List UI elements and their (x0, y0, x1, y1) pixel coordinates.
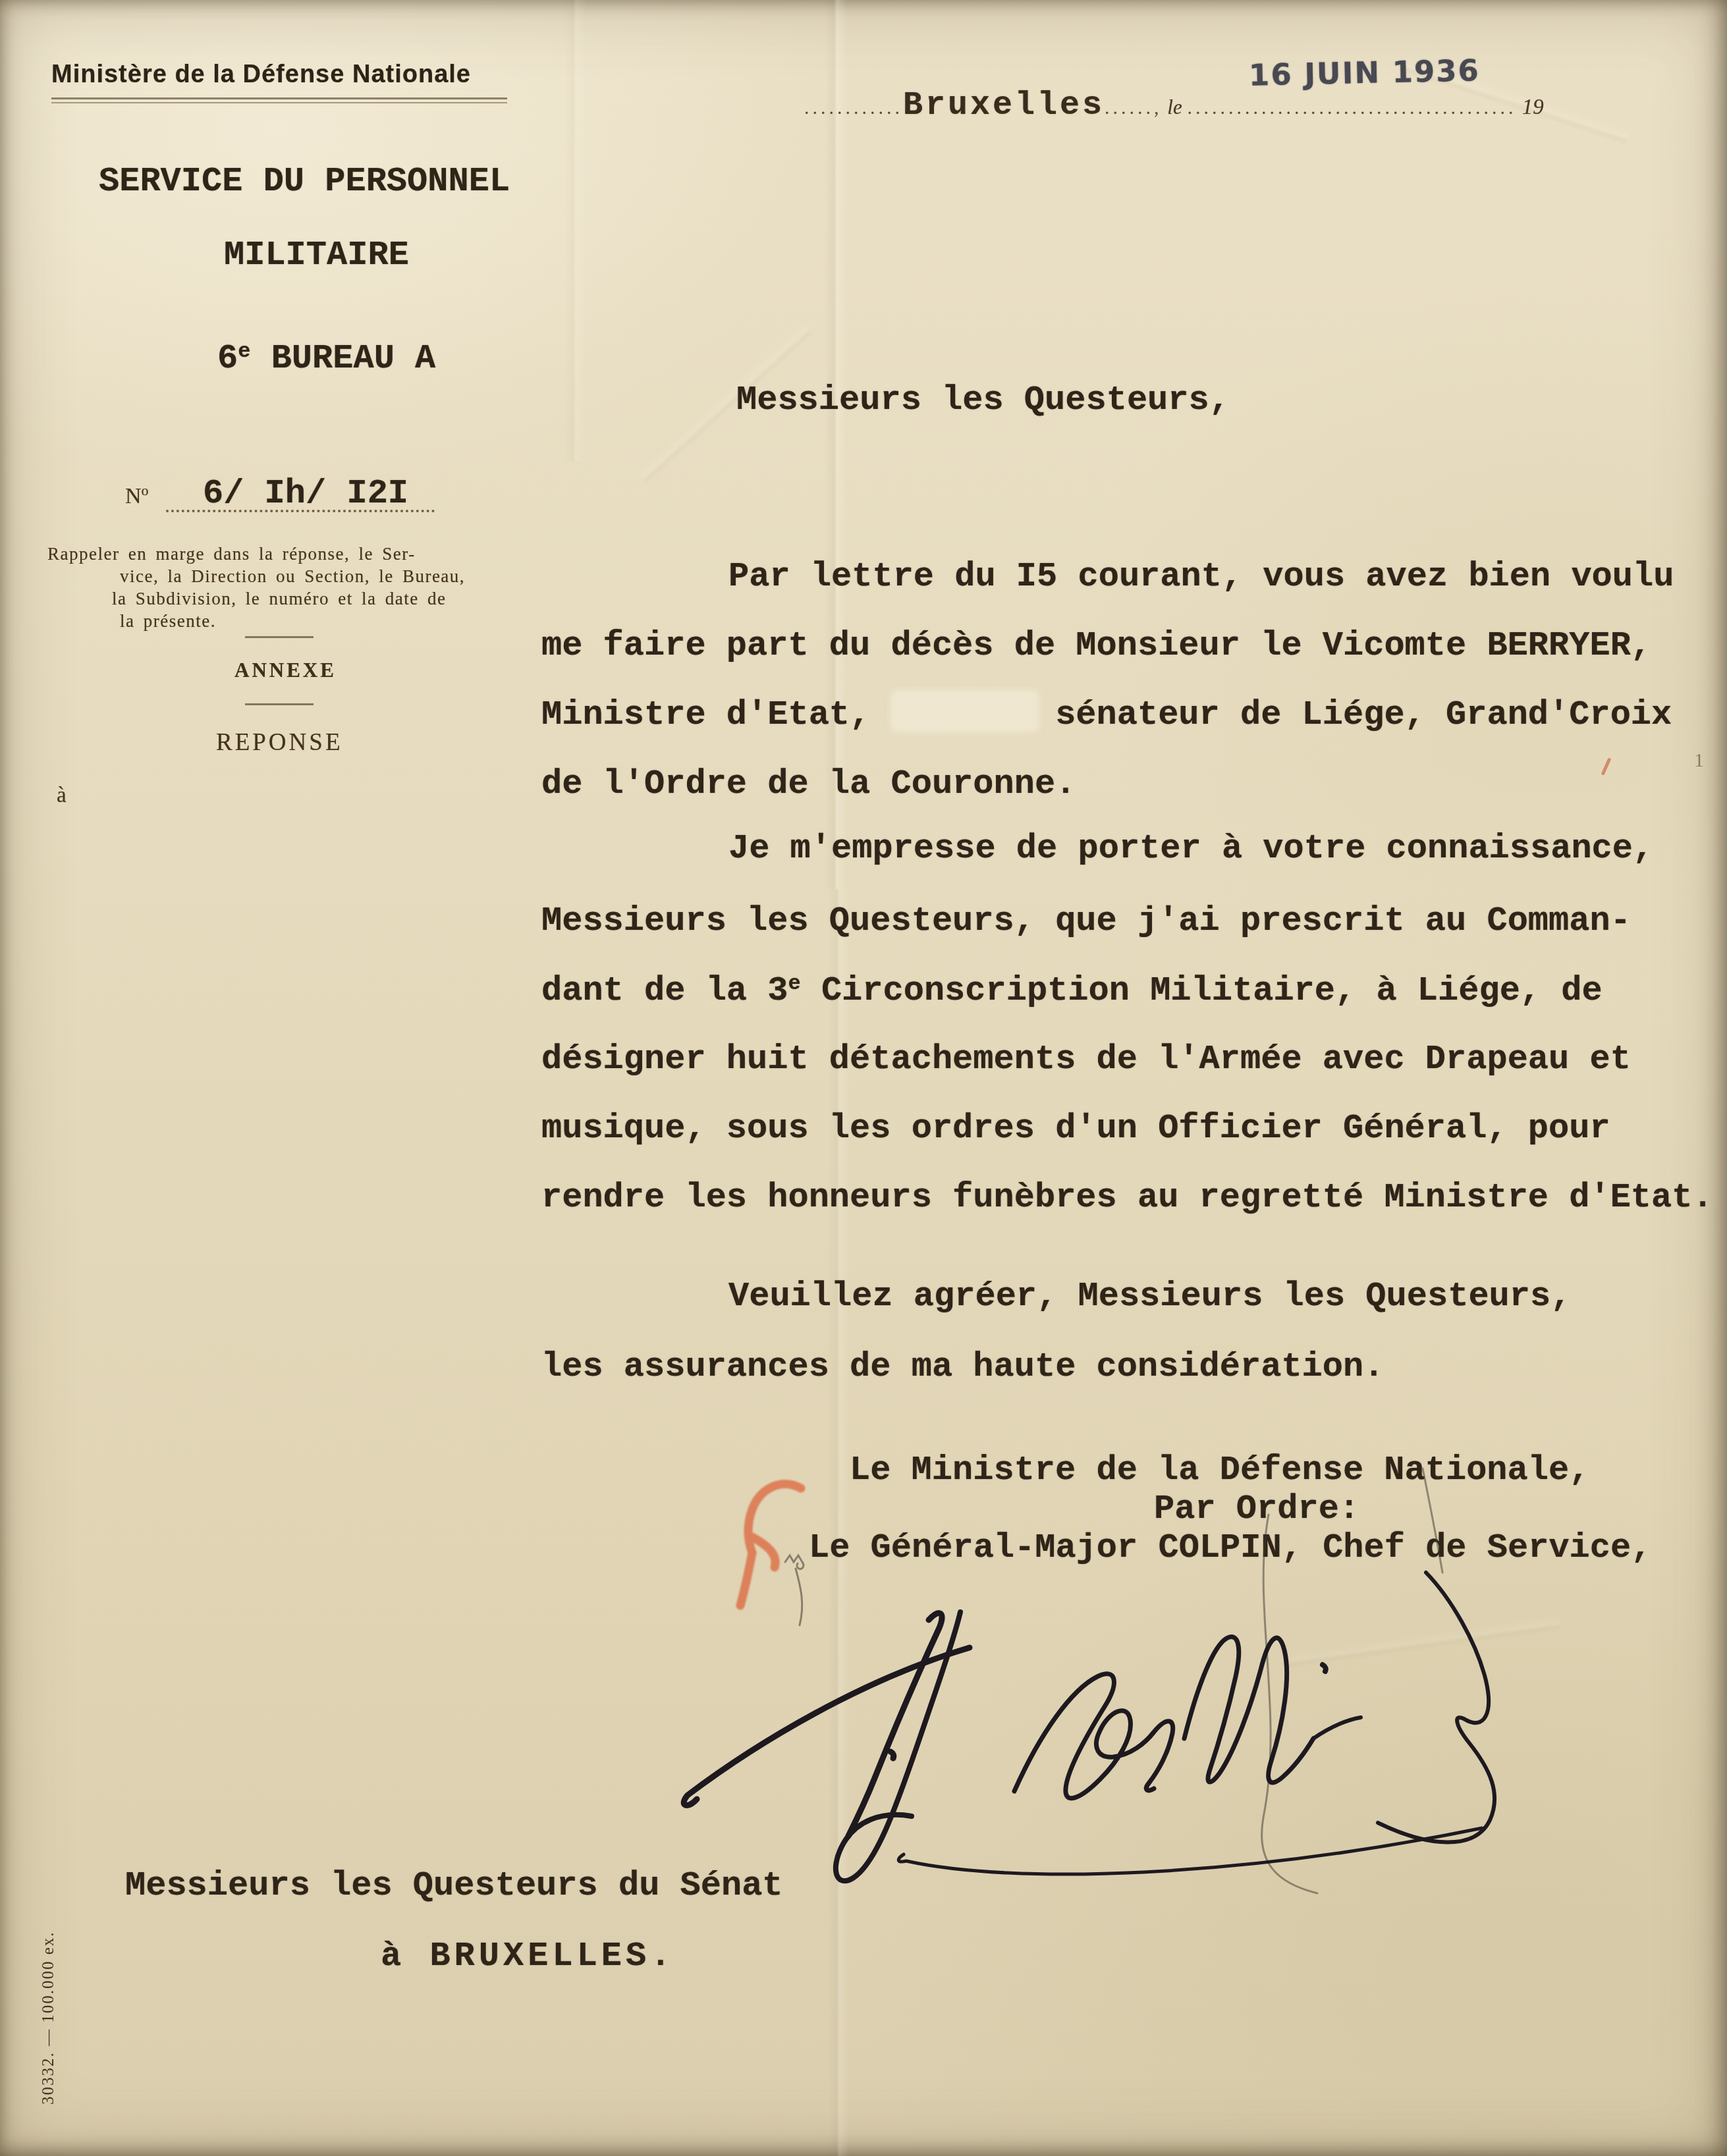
typed-line: Messieurs les Questeurs, que j'ai prescr… (541, 904, 1631, 938)
recipient-line: Messieurs les Questeurs du Sénat (125, 1869, 783, 1903)
reference-label: No (125, 482, 149, 509)
reference-value: 6/ Ih/ I2I (203, 477, 408, 511)
bureau-line: 6e BUREAU A (217, 341, 435, 376)
dateline-year-prefix: 19 (1516, 95, 1543, 119)
typed-line: les assurances de ma haute considération… (541, 1350, 1384, 1384)
reference-label-superscript: o (142, 482, 149, 499)
bureau-number: 6 (217, 339, 238, 378)
service-line-1: SERVICE DU PERSONNEL (99, 165, 510, 199)
scanned-letter: Ministère de la Défense Nationale SERVIC… (0, 0, 1727, 2156)
service-line-2: MILITAIRE (224, 238, 409, 273)
separator-rule (245, 636, 314, 638)
dateline-dots-right: ........................................ (1187, 97, 1516, 119)
bureau-rest: BUREAU A (250, 339, 435, 378)
dateline-city: Bruxelles (903, 87, 1105, 124)
paper-crease (564, 0, 586, 461)
typed-segment: dant de la 3 (541, 971, 788, 1010)
typed-line: Je m'empresse de porter à votre connaiss… (728, 832, 1653, 866)
typed-segment: Circonscription Militaire, à Liége, de (801, 971, 1603, 1010)
reference-row: No 6/ Ih/ I2I (125, 478, 441, 524)
dateline-le-label: le (1163, 95, 1188, 119)
paper-crease (827, 889, 850, 2156)
ministry-title: Ministère de la Défense Nationale (51, 61, 471, 89)
dateline-dots-left: ............ (804, 97, 903, 119)
reponse-label: REPONSE (216, 728, 343, 757)
letterhead-rule (51, 97, 507, 103)
separator-rule (245, 703, 314, 705)
dateline-dots-mid: ......, (1105, 97, 1163, 119)
typed-line: Veuillez agréer, Messieurs les Questeurs… (728, 1280, 1571, 1314)
margin-note-line: la Subdivision, le numéro et la date de (112, 589, 446, 609)
typed-line: désigner huit détachements de l'Armée av… (541, 1042, 1631, 1077)
closing-line: Le Ministre de la Défense Nationale, (850, 1453, 1589, 1488)
typed-line: rendre les honneurs funèbres au regretté… (541, 1181, 1713, 1215)
typed-line: dant de la 3e Circonscription Militaire,… (541, 973, 1603, 1008)
margin-note-line: la présente. (120, 611, 216, 632)
crayon-tick-mark (1601, 757, 1612, 776)
margin-note-line: Rappeler en marge dans la réponse, le Se… (47, 544, 416, 564)
typed-line: me faire part du décès de Monsieur le Vi… (541, 629, 1651, 663)
addressee-a-label: à (57, 784, 67, 808)
print-reference: 30332. — 100.000 ex. (40, 1931, 58, 2105)
typed-line: de l'Ordre de la Couronne. (541, 767, 1076, 801)
recipient-line: à BRUXELLES. (381, 1939, 674, 1974)
typed-superscript: e (788, 971, 800, 996)
typed-line: Ministre d'Etat, sénateur de Liége, Gran… (541, 698, 1672, 732)
annexe-label: ANNEXE (234, 659, 337, 682)
stray-digit: 1 (1694, 749, 1704, 772)
typed-line: Par lettre du I5 courant, vous avez bien… (728, 560, 1674, 594)
date-stamp: 16 JUIN 1936 (1248, 53, 1480, 92)
bureau-superscript: e (238, 339, 250, 364)
typed-line: musique, sous les ordres d'un Officier G… (541, 1112, 1610, 1146)
margin-note-line: vice, la Direction ou Section, le Bureau… (120, 566, 465, 587)
signature-colpin (645, 1554, 1581, 1923)
erasure-smudge (891, 690, 1039, 732)
salutation: Messieurs les Questeurs, (736, 383, 1230, 418)
